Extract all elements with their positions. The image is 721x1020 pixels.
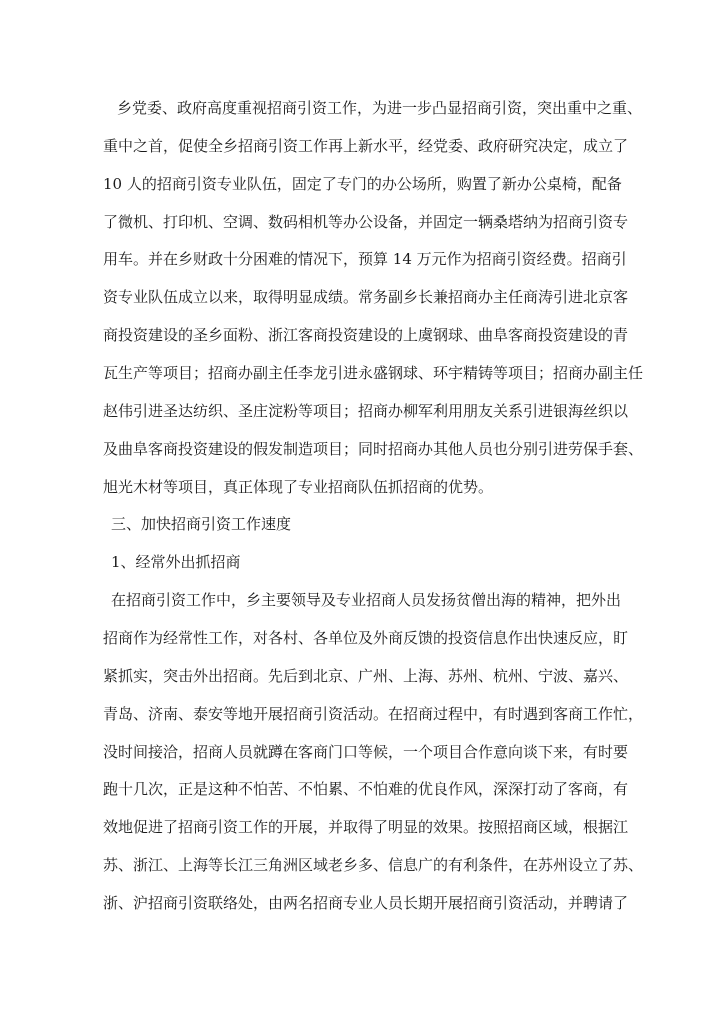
text-line: 旭光木材等项目，真正体现了专业招商队伍抓招商的优势。 [103, 469, 619, 507]
text-line: 招商作为经常性工作，对各村、各单位及外商反馈的投资信息作出快速反应，盯 [103, 620, 619, 658]
text-line: 资专业队伍成立以来，取得明显成绩。常务副乡长兼招商办主任商涛引进北京客 [103, 279, 619, 317]
text-line: 没时间接洽，招商人员就蹲在客商门口等候，一个项目合作意向谈下来，有时要 [103, 734, 619, 772]
document-page: 乡党委、政府高度重视招商引资工作，为进一步凸显招商引资，突出重中之重、 重中之首… [103, 90, 619, 923]
text-line: 在招商引资工作中，乡主要领导及专业招商人员发扬贫僧出海的精神，把外出 [103, 582, 619, 620]
text-line: 了微机、打印机、空调、数码相机等办公设备，并固定一辆桑塔纳为招商引资专 [103, 204, 619, 242]
text-line: 重中之首，促使全乡招商引资工作再上新水平，经党委、政府研究决定，成立了 [103, 128, 619, 166]
section-heading: 三、加快招商引资工作速度 [103, 506, 619, 544]
text-line: 跑十几次，正是这种不怕苦、不怕累、不怕难的优良作风，深深打动了客商，有 [103, 771, 619, 809]
subsection-heading: 1、经常外出抓招商 [103, 544, 619, 582]
text-line: 及曲阜客商投资建设的假发制造项目；同时招商办其他人员也分别引进劳保手套、 [103, 431, 619, 469]
paragraph-outbound-investment: 在招商引资工作中，乡主要领导及专业招商人员发扬贫僧出海的精神，把外出 招商作为经… [103, 582, 619, 923]
text-line: 商投资建设的圣乡面粉、浙江客商投资建设的上虞钢球、曲阜客商投资建设的青 [103, 317, 619, 355]
text-line: 瓦生产等项目；招商办副主任李龙引进永盛钢球、环宇精铸等项目；招商办副主任 [103, 355, 619, 393]
text-line: 乡党委、政府高度重视招商引资工作，为进一步凸显招商引资，突出重中之重、 [103, 90, 619, 128]
text-line: 用车。并在乡财政十分困难的情况下，预算 14 万元作为招商引资经费。招商引 [103, 241, 619, 279]
text-line: 效地促进了招商引资工作的开展，并取得了明显的效果。按照招商区域，根据江 [103, 809, 619, 847]
paragraph-investment-team: 乡党委、政府高度重视招商引资工作，为进一步凸显招商引资，突出重中之重、 重中之首… [103, 90, 619, 506]
text-line: 青岛、济南、泰安等地开展招商引资活动。在招商过程中，有时遇到客商工作忙， [103, 696, 619, 734]
text-line: 苏、浙江、上海等长江三角洲区域老乡多、信息广的有利条件，在苏州设立了苏、 [103, 847, 619, 885]
text-line: 赵伟引进圣达纺织、圣庄淀粉等项目；招商办柳军利用朋友关系引进银海丝织以 [103, 393, 619, 431]
text-line: 10 人的招商引资专业队伍，固定了专门的办公场所，购置了新办公桌椅，配备 [103, 166, 619, 204]
text-line: 紧抓实，突击外出招商。先后到北京、广州、上海、苏州、杭州、宁波、嘉兴、 [103, 658, 619, 696]
text-line: 浙、沪招商引资联络处，由两名招商专业人员长期开展招商引资活动，并聘请了 [103, 885, 619, 923]
